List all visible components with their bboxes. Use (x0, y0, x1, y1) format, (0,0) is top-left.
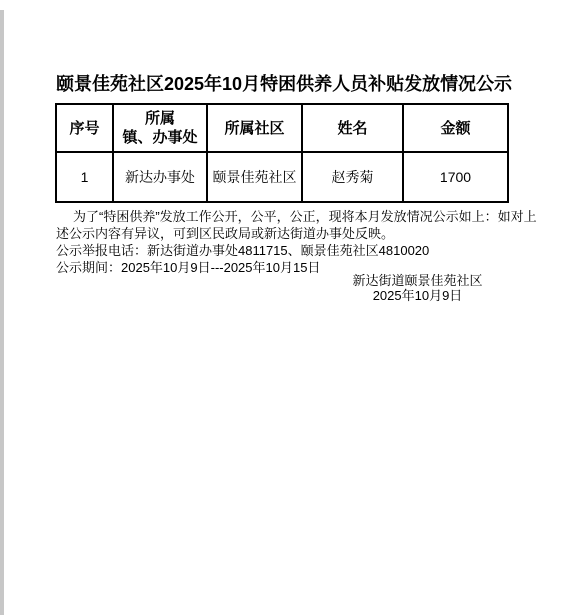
signature-org: 新达街道颐景佳苑社区 (325, 273, 510, 288)
document-page: 颐景佳苑社区2025年10月特困供养人员补贴发放情况公示 序号 所属 镇、办事处… (0, 0, 575, 615)
col-header-amount: 金额 (403, 104, 508, 152)
table-header-row: 序号 所属 镇、办事处 所属社区 姓名 金额 (56, 104, 508, 152)
notes-paragraph: 为了“特困供养”发放工作公开，公平，公正，现将本月发放情况公示如上：如对上 述公… (56, 208, 528, 276)
col-header-office: 所属 镇、办事处 (113, 104, 207, 152)
col-header-community: 所属社区 (207, 104, 302, 152)
cell-community: 颐景佳苑社区 (207, 152, 302, 202)
cell-office: 新达办事处 (113, 152, 207, 202)
signature-date: 2025年10月9日 (325, 288, 510, 303)
col-header-index: 序号 (56, 104, 113, 152)
page-title: 颐景佳苑社区2025年10月特困供养人员补贴发放情况公示 (56, 70, 508, 96)
window-edge-strip (0, 10, 4, 615)
subsidy-table: 序号 所属 镇、办事处 所属社区 姓名 金额 1 新达办事处 颐景佳苑社区 赵秀… (55, 103, 509, 203)
note-line-2: 述公示内容有异议，可到区民政局或新达街道办事处反映。 (56, 225, 528, 242)
signature-block: 新达街道颐景佳苑社区 2025年10月9日 (325, 273, 510, 303)
col-header-name: 姓名 (302, 104, 403, 152)
cell-amount: 1700 (403, 152, 508, 202)
note-line-1: 为了“特困供养”发放工作公开，公平，公正，现将本月发放情况公示如上：如对上 (56, 208, 528, 225)
cell-name: 赵秀菊 (302, 152, 403, 202)
cell-index: 1 (56, 152, 113, 202)
note-line-3: 公示举报电话：新达街道办事处4811715、颐景佳苑社区4810020 (56, 242, 528, 259)
table-row: 1 新达办事处 颐景佳苑社区 赵秀菊 1700 (56, 152, 508, 202)
